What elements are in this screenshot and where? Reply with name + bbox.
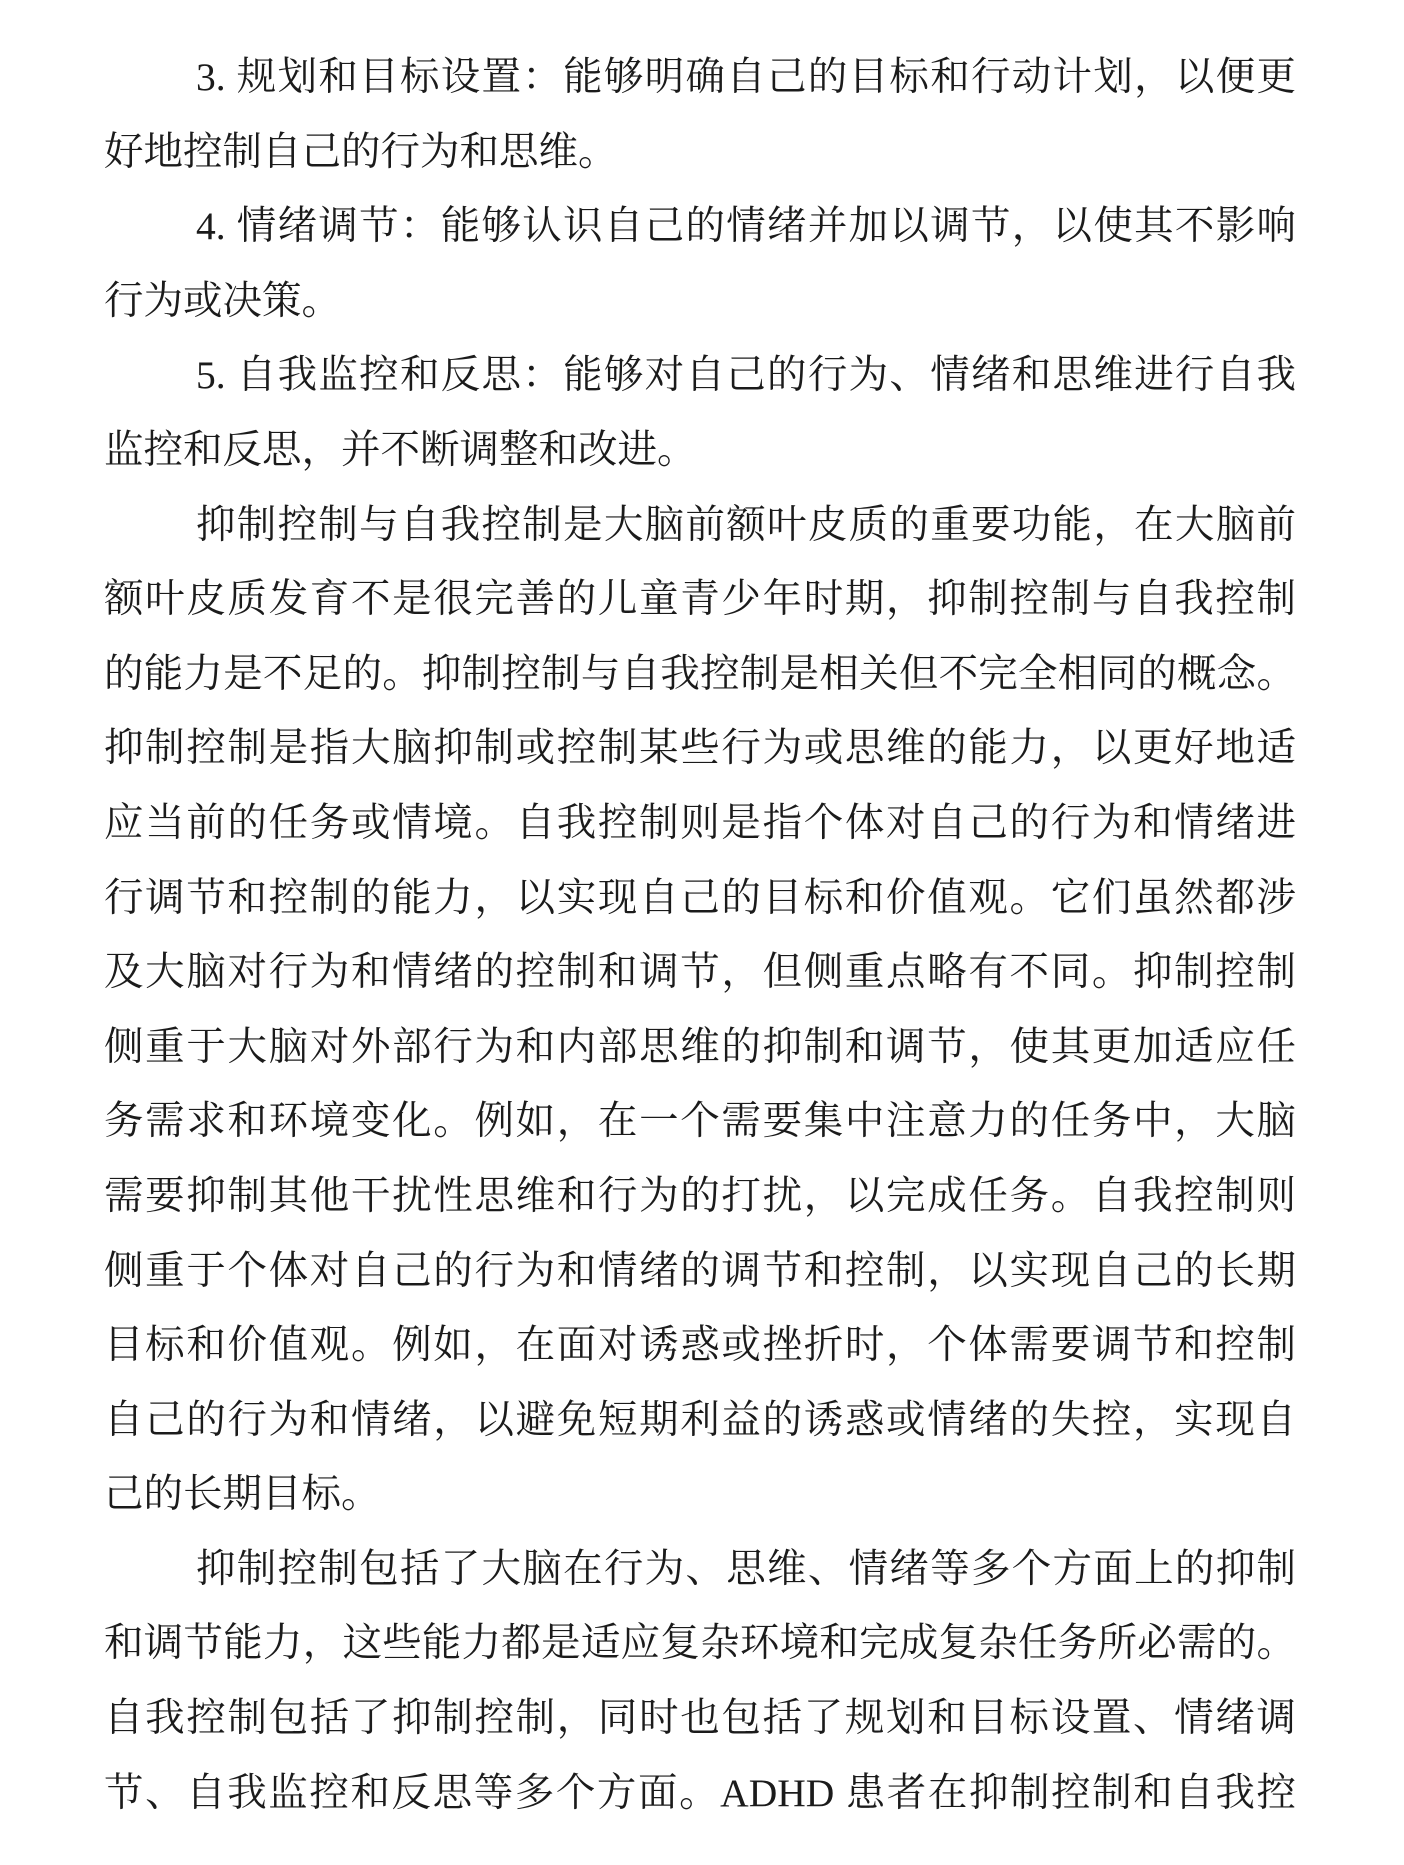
text-line: 监控和反思，并不断调整和改进。 xyxy=(104,413,1296,488)
document-page: 3. 规划和目标设置：能够明确自己的目标和行动计划，以便更好地控制自己的行为和思… xyxy=(0,0,1404,1865)
text-line: 应当前的任务或情境。自我控制则是指个体对自己的行为和情绪进 xyxy=(104,786,1296,861)
text-line: 4. 情绪调节：能够认识自己的情绪并加以调节，以使其不影响 xyxy=(104,189,1296,264)
text-line: 抑制控制是指大脑抑制或控制某些行为或思维的能力，以更好地适 xyxy=(104,711,1296,786)
text-line: 自己的行为和情绪，以避免短期利益的诱惑或情绪的失控，实现自 xyxy=(104,1383,1296,1458)
text-line: 的能力是不足的。抑制控制与自我控制是相关但不完全相同的概念。 xyxy=(104,637,1296,712)
text-line: 己的长期目标。 xyxy=(104,1457,1296,1532)
text-line: 需要抑制其他干扰性思维和行为的打扰，以完成任务。自我控制则 xyxy=(104,1159,1296,1234)
text-block: 3. 规划和目标设置：能够明确自己的目标和行动计划，以便更好地控制自己的行为和思… xyxy=(104,40,1296,1830)
text-line: 自我控制包括了抑制控制，同时也包括了规划和目标设置、情绪调 xyxy=(104,1681,1296,1756)
text-line: 及大脑对行为和情绪的控制和调节，但侧重点略有不同。抑制控制 xyxy=(104,935,1296,1010)
text-line: 行调节和控制的能力，以实现自己的目标和价值观。它们虽然都涉 xyxy=(104,861,1296,936)
text-line: 侧重于大脑对外部行为和内部思维的抑制和调节，使其更加适应任 xyxy=(104,1010,1296,1085)
text-line: 好地控制自己的行为和思维。 xyxy=(104,115,1296,190)
text-line: 务需求和环境变化。例如，在一个需要集中注意力的任务中，大脑 xyxy=(104,1084,1296,1159)
text-line: 抑制控制与自我控制是大脑前额叶皮质的重要功能，在大脑前 xyxy=(104,488,1296,563)
text-line: 3. 规划和目标设置：能够明确自己的目标和行动计划，以便更 xyxy=(104,40,1296,115)
text-line: 节、自我监控和反思等多个方面。ADHD 患者在抑制控制和自我控 xyxy=(104,1756,1296,1831)
text-line: 行为或决策。 xyxy=(104,264,1296,339)
text-line: 目标和价值观。例如，在面对诱惑或挫折时，个体需要调节和控制 xyxy=(104,1308,1296,1383)
text-line: 5. 自我监控和反思：能够对自己的行为、情绪和思维进行自我 xyxy=(104,338,1296,413)
text-line: 和调节能力，这些能力都是适应复杂环境和完成复杂任务所必需的。 xyxy=(104,1606,1296,1681)
text-line: 额叶皮质发育不是很完善的儿童青少年时期，抑制控制与自我控制 xyxy=(104,562,1296,637)
text-line: 侧重于个体对自己的行为和情绪的调节和控制，以实现自己的长期 xyxy=(104,1234,1296,1309)
text-line: 抑制控制包括了大脑在行为、思维、情绪等多个方面上的抑制 xyxy=(104,1532,1296,1607)
